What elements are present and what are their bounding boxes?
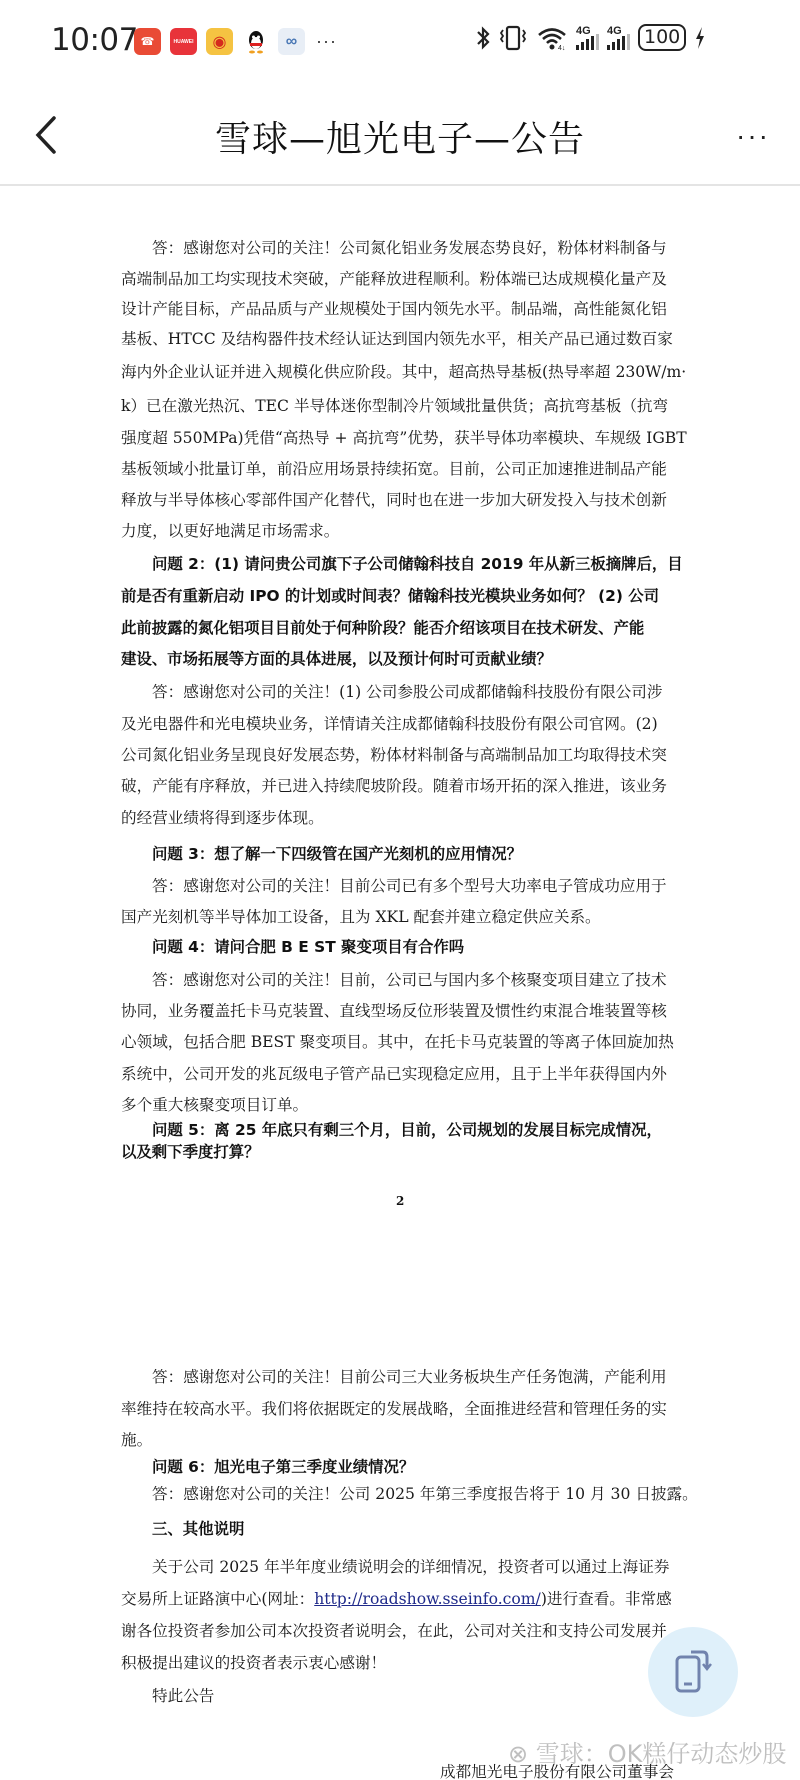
question-line: 问题 2：(1) 请问贵公司旗下子公司储翰科技自 2019 年从新三板摘牌后，目 — [152, 554, 681, 574]
phone-recorder-icon: ☎ — [134, 28, 161, 55]
wifi-icon: 4↓ — [536, 25, 568, 51]
question-line: 以及剩下季度打算？ — [121, 1142, 681, 1162]
question-line: 问题 6：旭光电子第三季度业绩情况？ — [152, 1457, 681, 1477]
text-line: 及光电器件和光电模块业务，详情请关注成都储翰科技股份有限公司官网。(2) — [121, 714, 681, 734]
vibrate-icon — [498, 25, 528, 51]
text-line: 特此公告 — [152, 1686, 681, 1706]
battery-indicator: 100 — [638, 24, 686, 51]
text-line: 协同，业务覆盖托卡马克装置、直线型场反位形装置及惯性约束混合堆装置等核 — [121, 1001, 681, 1021]
qq-icon — [242, 28, 269, 55]
text-line: 谢各位投资者参加公司本次投资者说明会，在此，公司对关注和支持公司发展并 — [121, 1621, 681, 1641]
question-line: 问题 5：离 25 年底只有剩三个月，目前，公司规划的发展目标完成情况， — [152, 1120, 681, 1140]
text-line: 答：感谢您对公司的关注！(1) 公司参股公司成都储翰科技股份有限公司涉 — [152, 682, 681, 702]
text-line: 破，产能有序释放，并已进入持续爬坡阶段。随着市场开拓的深入推进，该业务 — [121, 776, 681, 796]
more-notifications-icon: ··· — [316, 31, 337, 52]
text-line: 答：感谢您对公司的关注！目前，公司已与国内多个核聚变项目建立了技术 — [152, 970, 681, 990]
bluetooth-icon — [476, 26, 490, 50]
text-line: 率维持在较高水平。我们将依据既定的发展战略，全面推进经营和管理任务的实 — [121, 1399, 681, 1419]
question-line: 建设、市场拓展等方面的具体进展，以及预计何时可贡献业绩？ — [121, 649, 681, 669]
text-line: 施。 — [121, 1430, 681, 1450]
text-line: 答：感谢您对公司的关注！公司 2025 年第三季度报告将于 10 月 30 日披… — [152, 1484, 681, 1504]
text-line: 系统中，公司开发的兆瓦级电子管产品已实现稳定应用，且于上半年获得国内外 — [121, 1064, 681, 1084]
cellular-signal-1-icon: 4G — [576, 26, 599, 50]
status-time: 10:07 — [51, 22, 138, 58]
question-line: 问题 4：请问合肥 B E ST 聚变项目有合作吗 — [152, 937, 681, 957]
text-line: 设计产能目标，产品品质与产业规模处于国内领先水平。制品端，高性能氮化铝 — [121, 299, 681, 319]
rotate-screen-button[interactable] — [648, 1627, 738, 1717]
status-bar: 10:07 ☎ HUAWEI ◉ ∞ ··· 4↓ 4G 4G 100 — [0, 0, 800, 84]
text-line: 国产光刻机等半导体加工设备，且为 XKL 配套并建立稳定供应关系。 — [121, 907, 681, 927]
question-line: 问题 3：想了解一下四级管在国产光刻机的应用情况？ — [152, 844, 681, 864]
announcement-document: 2 交易所上证路演中心(网址：http://roadshow.sseinfo.c… — [0, 188, 800, 1780]
cellular-signal-2-icon: 4G — [607, 26, 630, 50]
question-line: 三、其他说明 — [152, 1519, 681, 1539]
svg-text:4↓: 4↓ — [558, 45, 565, 51]
text-line: k）已在激光热沉、TEC 半导体迷你型制冷片领域批量供货；高抗弯基板（抗弯 — [121, 396, 681, 416]
page-number: 2 — [396, 1194, 404, 1208]
text-line: 关于公司 2025 年半年度业绩说明会的详细情况，投资者可以通过上海证券 — [152, 1557, 681, 1577]
weibo-icon: ◉ — [206, 28, 233, 55]
text-line: 高端制品加工均实现技术突破，产能释放进程顺利。粉体端已达成规模化量产及 — [121, 269, 681, 289]
question-line: 此前披露的氮化铝项目目前处于何种阶段？能否介绍该项目在技术研发、产能 — [121, 618, 681, 638]
text-line: 基板、HTCC 及结构器件技术经认证达到国内领先水平，相关产品已通过数百家 — [121, 329, 681, 349]
more-options-button[interactable]: ··· — [736, 120, 770, 152]
xueqiu-watermark: ⊗ 雪球：OK糕仔动态炒股 — [508, 1734, 786, 1769]
text-line: 心领域，包括合肥 BEST 聚变项目。其中，在托卡马克装置的等离子体回旋加热 — [121, 1032, 681, 1052]
text-line: 多个重大核聚变项目订单。 — [121, 1095, 681, 1115]
text-line: 公司氮化铝业务呈现良好发展态势，粉体材料制备与高端制品加工均取得技术突 — [121, 745, 681, 765]
text-line: 答：感谢您对公司的关注！目前公司三大业务板块生产任务饱满，产能利用 — [152, 1367, 681, 1387]
charging-icon — [694, 26, 706, 50]
roadshow-link[interactable]: http://roadshow.sseinfo.com/ — [314, 1590, 541, 1608]
rotate-phone-icon — [671, 1647, 715, 1697]
text-line: 积极提出建议的投资者表示衷心感谢！ — [121, 1653, 681, 1673]
text-line: 答：感谢您对公司的关注！目前公司已有多个型号大功率电子管成功应用于 — [152, 876, 681, 896]
text-line: 释放与半导体核心零部件国产化替代，同时也在进一步加大研发投入与技术创新 — [121, 490, 681, 510]
text-line: 基板领域小批量订单，前沿应用场景持续拓宽。目前，公司正加速推进制品产能 — [121, 459, 681, 479]
link-line: 交易所上证路演中心(网址：http://roadshow.sseinfo.com… — [121, 1589, 681, 1609]
text-line: 的经营业绩将得到逐步体现。 — [121, 808, 681, 828]
text-line: 答：感谢您对公司的关注！公司氮化铝业务发展态势良好，粉体材料制备与 — [152, 238, 681, 258]
text-line: 海内外企业认证并进入规模化供应阶段。其中，超高热导基板(热导率超 230W/m· — [121, 362, 681, 382]
question-line: 前是否有重新启动 IPO 的计划或时间表？储翰科技光模块业务如何？ (2) 公司 — [121, 586, 681, 606]
page-title: 雪球—旭光电子—公告 — [0, 111, 800, 162]
app-header: 雪球—旭光电子—公告 ··· — [0, 84, 800, 186]
text-line: 强度超 550MPa)凭借“高热导 + 高抗弯”优势，获半导体功率模块、车规级 … — [121, 428, 681, 448]
xueqiu-logo-icon: ⊗ — [508, 1740, 528, 1768]
sync-app-icon: ∞ — [278, 28, 305, 55]
notification-icons: ☎ HUAWEI ◉ ∞ ··· — [134, 28, 337, 55]
system-icons: 4↓ 4G 4G 100 — [476, 24, 706, 51]
huawei-appgallery-icon: HUAWEI — [170, 28, 197, 55]
text-line: 力度，以更好地满足市场需求。 — [121, 521, 681, 541]
